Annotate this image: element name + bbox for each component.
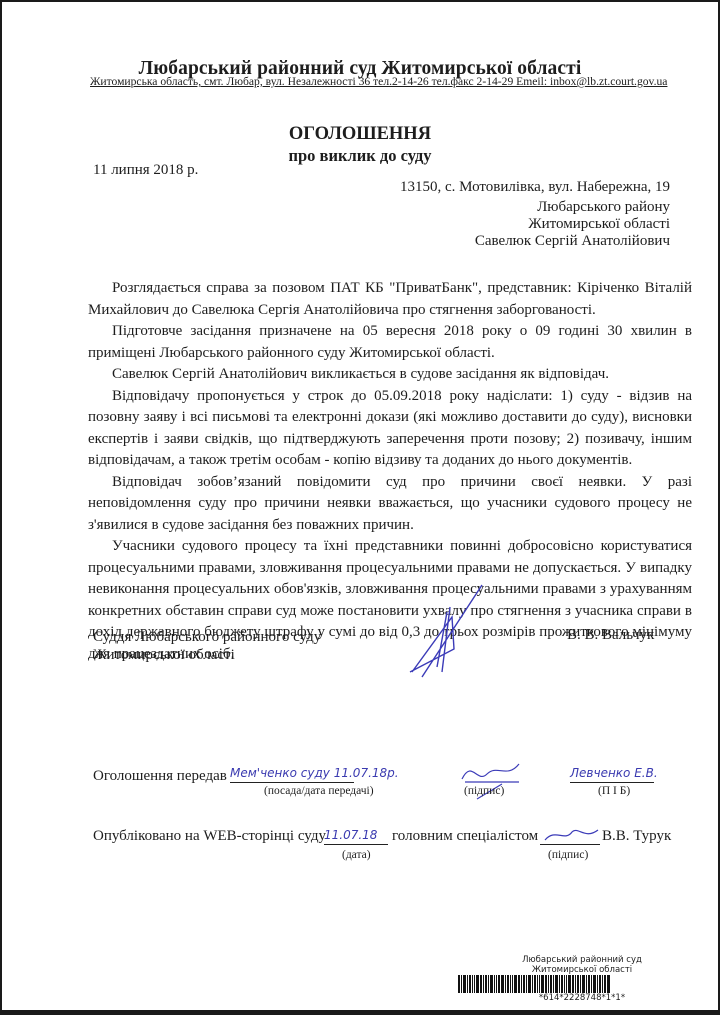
court-address: Житомирська область, смт. Любар, вул. Не…: [90, 75, 667, 88]
recipient-name: Савелюк Сергій Анатолійович: [475, 233, 670, 250]
paragraph-response: Відповідачу пропонується у строк до 05.0…: [88, 386, 692, 472]
transfer-position-date-handwritten: Мем'ченко суду 11.07.18р.: [230, 766, 399, 780]
judge-position-line1: Суддя Любарського районного суду: [93, 629, 321, 646]
transfer-position-date-line: Мем'ченко суду 11.07.18р.: [230, 764, 354, 783]
judge-position-line2: Житомирської області: [93, 647, 235, 664]
paragraph-case: Розглядається справа за позовом ПАТ КБ "…: [88, 278, 692, 321]
transfer-name-line: Левченко Е.В.: [570, 764, 654, 783]
registration-stamp: Любарський районний суд Житомирської обл…: [458, 955, 706, 1003]
publication-specialist-name: В.В. Турук: [602, 828, 671, 845]
paragraph-hearing: Підготовче засідання призначене на 05 ве…: [88, 321, 692, 364]
recipient-district: Любарського району: [537, 199, 670, 216]
caption-position-date: (посада/дата передачі): [264, 785, 374, 797]
barcode-text: *614*2228748*1*1*: [458, 993, 706, 1003]
transfer-name-handwritten: Левченко Е.В.: [570, 766, 658, 780]
transfer-label: Оголошення передав: [93, 768, 227, 785]
paragraph-absence: Відповідач зобов’язаний повідомити суд п…: [88, 472, 692, 537]
caption-publication-signature: (підпис): [548, 849, 588, 861]
publication-signature-line: [540, 826, 600, 845]
recipient-address: 13150, с. Мотовилівка, вул. Набережна, 1…: [400, 179, 670, 196]
stamp-court-line1: Любарський районний суд: [458, 955, 706, 965]
notice-date: 11 липня 2018 р.: [93, 162, 198, 179]
publication-signature-icon: [540, 826, 600, 844]
publication-specialist-label: головним спеціалістом: [392, 828, 538, 845]
barcode-icon: [458, 975, 706, 993]
caption-name: (П І Б): [598, 785, 630, 797]
caption-transfer-signature: (підпис): [464, 785, 504, 797]
stamp-court-line2: Житомирської області: [458, 965, 706, 975]
publication-date-handwritten: 11.07.18: [324, 828, 377, 842]
caption-date: (дата): [342, 849, 371, 861]
judge-name: В. В. Вальчук: [567, 627, 654, 644]
judge-signature-icon: [382, 577, 502, 692]
recipient-region: Житомирської області: [528, 216, 670, 233]
publication-date-line: 11.07.18: [324, 826, 388, 845]
notice-title: ОГОЛОШЕННЯ: [2, 124, 718, 145]
paragraph-summons: Савелюк Сергій Анатолійович викликається…: [88, 364, 692, 386]
publication-label: Опубліковано на WEB-сторінці суду: [93, 828, 326, 845]
scanned-page: Любарський районний суд Житомирської обл…: [2, 2, 718, 1010]
